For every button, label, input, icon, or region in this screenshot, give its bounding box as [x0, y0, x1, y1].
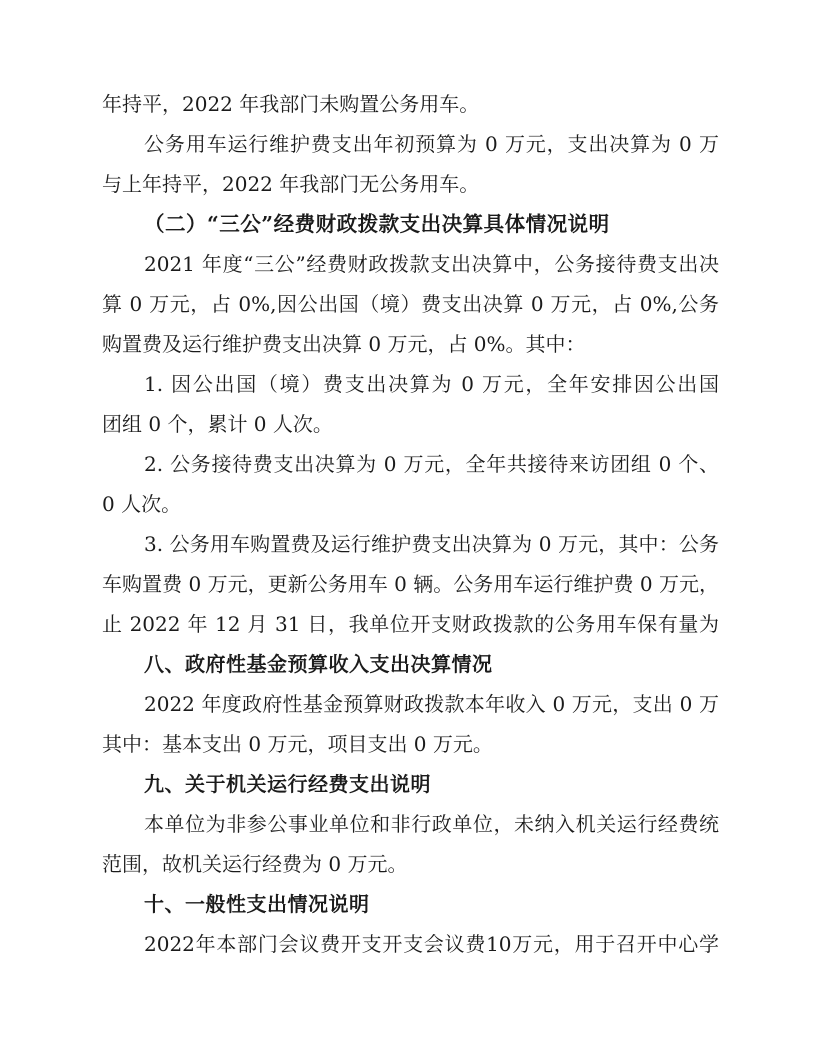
paragraph-line: 年持平，2022 年我部门未购置公务用车。 [102, 84, 719, 124]
heading-section-9: 九、关于机关运行经费支出说明 [102, 764, 719, 804]
paragraph-line: 止 2022 年 12 月 31 日，我单位开支财政拨款的公务用车保有量为 0 … [102, 604, 719, 644]
document-body: 年持平，2022 年我部门未购置公务用车。 公务用车运行维护费支出年初预算为 0… [102, 84, 719, 964]
document-page: 年持平，2022 年我部门未购置公务用车。 公务用车运行维护费支出年初预算为 0… [0, 0, 816, 1056]
list-item-1-line: 1. 因公出国（境）费支出决算为 0 万元，全年安排因公出国（境） [102, 364, 719, 404]
list-item-2-line: 2. 公务接待费支出决算为 0 万元，全年共接待来访团组 0 个、来宾 [102, 444, 719, 484]
paragraph-line: 0 人次。 [102, 484, 719, 524]
list-item-3-line: 3. 公务用车购置费及运行维护费支出决算为 0 万元，其中：公务用 [102, 524, 719, 564]
paragraph-line: 其中：基本支出 0 万元，项目支出 0 万元。 [102, 724, 719, 764]
paragraph-line: 算 0 万元，占 0%,因公出国（境）费支出决算 0 万元，占 0%,公务用车 [102, 284, 719, 324]
paragraph-line: 与上年持平，2022 年我部门无公务用车。 [102, 164, 719, 204]
paragraph-line: 2021 年度“三公”经费财政拨款支出决算中，公务接待费支出决 [102, 244, 719, 284]
paragraph-line: 2022年本部门会议费开支开支会议费10万元，用于召开中心学校与 [102, 924, 719, 964]
paragraph-line: 团组 0 个，累计 0 人次。 [102, 404, 719, 444]
paragraph-line: 本单位为非参公事业单位和非行政单位，未纳入机关运行经费统计 [102, 804, 719, 844]
paragraph-line: 公务用车运行维护费支出年初预算为 0 万元，支出决算为 0 万元， [102, 124, 719, 164]
paragraph-line: 2022 年度政府性基金预算财政拨款本年收入 0 万元，支出 0 万元， [102, 684, 719, 724]
heading-section-10: 十、一般性支出情况说明 [102, 884, 719, 924]
heading-section-2: （二）“三公”经费财政拨款支出决算具体情况说明 [102, 204, 719, 244]
paragraph-line: 范围，故机关运行经费为 0 万元。 [102, 844, 719, 884]
heading-section-8: 八、政府性基金预算收入支出决算情况 [102, 644, 719, 684]
paragraph-line: 车购置费 0 万元，更新公务用车 0 辆。公务用车运行维护费 0 万元，截 [102, 564, 719, 604]
paragraph-line: 购置费及运行维护费支出决算 0 万元，占 0%。其中： [102, 324, 719, 364]
